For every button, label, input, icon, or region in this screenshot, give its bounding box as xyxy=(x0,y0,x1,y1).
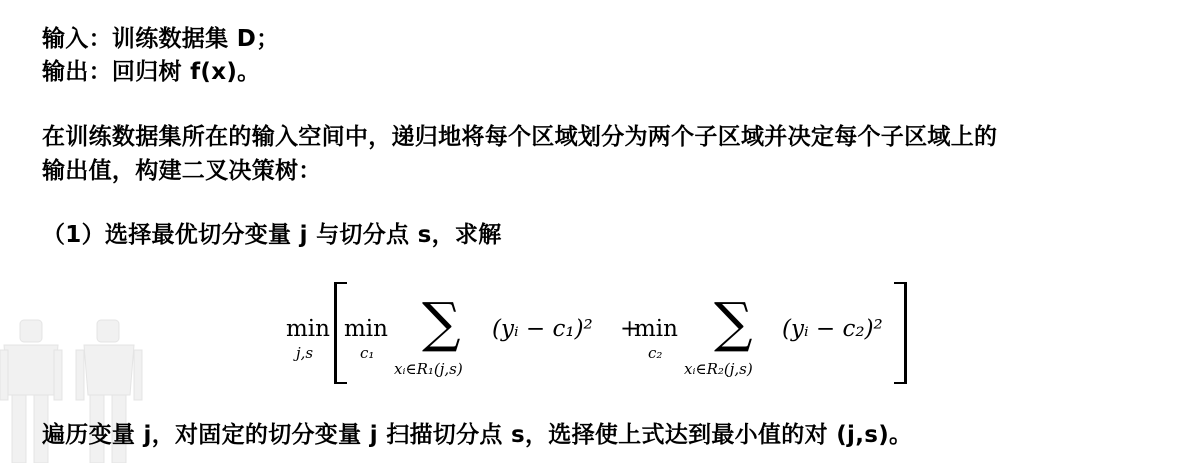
output-statement: 输出：回归树 f(x)。 xyxy=(42,53,260,86)
sum-1-subscript: xᵢ∈R₁(j,s) xyxy=(394,360,463,378)
optimization-formula: min j,s min c₁ ∑ xᵢ∈R₁(j,s) (yᵢ − c₁)² +… xyxy=(282,280,912,385)
sum-symbol-1: ∑ xyxy=(422,296,461,350)
inner-min-2: min xyxy=(634,316,678,342)
outer-min-subscript: j,s xyxy=(296,344,313,362)
description-line-2: 输出值，构建二叉决策树： xyxy=(42,152,322,185)
step-1-heading: （1）选择最优切分变量 j 与切分点 s，求解 xyxy=(42,216,502,249)
inner-min-1-subscript: c₁ xyxy=(360,344,374,362)
squared-error-term-2: (yᵢ − c₂)² xyxy=(782,316,883,342)
input-statement: 输入：训练数据集 D； xyxy=(42,20,279,53)
sum-2-subscript: xᵢ∈R₂(j,s) xyxy=(684,360,753,378)
right-bracket xyxy=(894,282,907,384)
inner-min-2-subscript: c₂ xyxy=(648,344,662,362)
conclusion-statement: 遍历变量 j，对固定的切分变量 j 扫描切分点 s，选择使上式达到最小值的对 (… xyxy=(42,416,912,449)
squared-error-term-1: (yᵢ − c₁)² xyxy=(492,316,593,342)
inner-min-1: min xyxy=(344,316,388,342)
outer-min: min xyxy=(286,316,330,342)
description-line-1: 在训练数据集所在的输入空间中，递归地将每个区域划分为两个子区域并决定每个子区域上… xyxy=(42,118,997,151)
sum-symbol-2: ∑ xyxy=(714,296,753,350)
